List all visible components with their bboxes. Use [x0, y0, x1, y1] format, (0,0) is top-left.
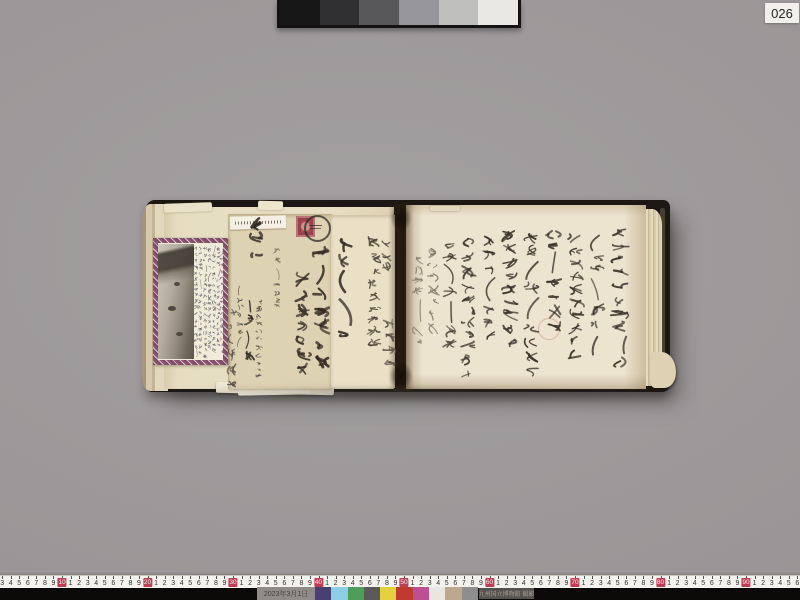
- gutter-shadow: [389, 362, 413, 390]
- grayscale-patch: [280, 0, 320, 25]
- color-patch: [462, 587, 478, 600]
- ruler-decade-label: 30: [228, 578, 237, 587]
- ruler-decade-label: 50: [399, 578, 408, 587]
- ruler-unit-label: 8: [641, 579, 645, 588]
- ruler-unit-label: 8: [128, 579, 132, 588]
- archival-photo-frame: 026 345678910123456789201234567893012345…: [0, 0, 800, 600]
- protruding-page-tab: [258, 201, 283, 211]
- ruler-decade-label: 90: [741, 578, 750, 587]
- color-patch: [396, 587, 412, 600]
- date-stamp-text: 2023年3月1日: [264, 589, 308, 599]
- ruler-unit-label: 9: [51, 579, 55, 588]
- ruler-unit-label: 5: [701, 579, 705, 588]
- envelope-address-label: [230, 215, 286, 229]
- ruler-unit-label: 8: [43, 579, 47, 588]
- ruler-unit-label: 9: [222, 579, 226, 588]
- worn-page-corner: [650, 352, 676, 388]
- ruler-unit-label: 5: [103, 579, 107, 588]
- ruler-unit-label: 3: [770, 579, 774, 588]
- color-patch: [348, 587, 364, 600]
- ruler-unit-label: 4: [693, 579, 697, 588]
- ruler-unit-label: 3: [599, 579, 603, 588]
- ruler-unit-label: 3: [684, 579, 688, 588]
- ruler-unit-label: 7: [205, 579, 209, 588]
- grayscale-patch: [478, 0, 518, 25]
- ruler-unit-label: 9: [564, 579, 568, 588]
- ruler-decade-label: 10: [57, 578, 66, 587]
- color-patch: [315, 587, 331, 600]
- pasted-letter-sheet: [330, 215, 395, 388]
- date-stamp: 2023年3月1日: [257, 587, 315, 600]
- ruler-unit-label: 5: [616, 579, 620, 588]
- ruler-unit-label: 4: [94, 579, 98, 588]
- color-patch: [445, 587, 461, 600]
- ruler-unit-label: 6: [111, 579, 115, 588]
- ruler-unit-label: 4: [9, 579, 13, 588]
- ruler-unit-label: 7: [718, 579, 722, 588]
- ruler-unit-label: 8: [556, 579, 560, 588]
- ruler-unit-label: 6: [710, 579, 714, 588]
- ruler-unit-label: 1: [154, 579, 158, 588]
- page-number-label: 026: [765, 3, 799, 23]
- ruler-unit-label: 2: [248, 579, 252, 588]
- museum-credit: 九州国立博物館 撮影: [479, 588, 534, 599]
- ruler-unit-label: 3: [513, 579, 517, 588]
- ruler-unit-label: 6: [26, 579, 30, 588]
- postmark-icon: [304, 215, 331, 242]
- ruler-unit-label: 1: [582, 579, 586, 588]
- faint-seal-stamp: [538, 318, 560, 340]
- ruler-unit-label: 1: [753, 579, 757, 588]
- protruding-page-tab: [164, 202, 212, 213]
- protruding-page-tab: [430, 206, 460, 211]
- postcard-photo: [158, 244, 194, 359]
- ruler-unit-label: 2: [676, 579, 680, 588]
- ruler-unit-label: 7: [120, 579, 124, 588]
- ruler-unit-label: 8: [214, 579, 218, 588]
- ruler-unit-label: 8: [727, 579, 731, 588]
- ruler-unit-label: 4: [607, 579, 611, 588]
- album-right-page: [406, 205, 646, 389]
- grayscale-patch: [439, 0, 479, 25]
- ruler-unit-label: 2: [505, 579, 509, 588]
- museum-credit-text: 九州国立博物館 撮影: [479, 589, 534, 598]
- grayscale-calibration-bar: [277, 0, 521, 28]
- ruler-unit-label: 2: [761, 579, 765, 588]
- ruler-unit-label: 6: [197, 579, 201, 588]
- ruler-unit-label: 4: [180, 579, 184, 588]
- ruler-unit-label: 7: [547, 579, 551, 588]
- page-number-text: 026: [771, 6, 793, 21]
- ruler-unit-label: 7: [34, 579, 38, 588]
- ruler-unit-label: 9: [137, 579, 141, 588]
- ruler-unit-label: 1: [240, 579, 244, 588]
- grayscale-patch: [320, 0, 360, 25]
- ruler-unit-label: 5: [188, 579, 192, 588]
- ruler-unit-label: 3: [0, 579, 4, 588]
- ruler-unit-label: 6: [795, 579, 799, 588]
- ruler-unit-label: 1: [496, 579, 500, 588]
- ruler-unit-label: 2: [163, 579, 167, 588]
- gutter-shadow: [390, 205, 412, 231]
- color-patch: [364, 587, 380, 600]
- ruler-decade-label: 40: [314, 578, 323, 587]
- ruler-unit-label: 4: [522, 579, 526, 588]
- ruler-unit-label: 1: [69, 579, 73, 588]
- ruler-unit-label: 3: [171, 579, 175, 588]
- ruler-unit-label: 5: [530, 579, 534, 588]
- ruler-unit-label: 9: [735, 579, 739, 588]
- color-patch: [331, 587, 347, 600]
- book-cast-shadow: [150, 389, 674, 405]
- ruler-unit-label: 5: [17, 579, 21, 588]
- grayscale-patch: [399, 0, 439, 25]
- ruler-unit-label: 9: [650, 579, 654, 588]
- ruler-unit-label: 3: [86, 579, 90, 588]
- ruler-decade-label: 60: [485, 578, 494, 587]
- grayscale-patch: [359, 0, 399, 25]
- ruler-decade-label: 70: [570, 578, 579, 587]
- ruler-unit-label: 7: [633, 579, 637, 588]
- ruler-unit-label: 6: [539, 579, 543, 588]
- color-patch: [429, 587, 445, 600]
- ruler-unit-label: 6: [624, 579, 628, 588]
- ruler-unit-label: 4: [778, 579, 782, 588]
- color-calibration-bar: [315, 587, 478, 600]
- ruler-unit-label: 5: [787, 579, 791, 588]
- ruler-unit-label: 1: [667, 579, 671, 588]
- ruler-decade-label: 20: [143, 578, 152, 587]
- ruler-decade-label: 80: [656, 578, 665, 587]
- ruler-unit-label: 2: [77, 579, 81, 588]
- color-patch: [413, 587, 429, 600]
- ruler-unit-label: 2: [590, 579, 594, 588]
- ruler-unit-label: 9: [479, 579, 483, 588]
- color-patch: [380, 587, 396, 600]
